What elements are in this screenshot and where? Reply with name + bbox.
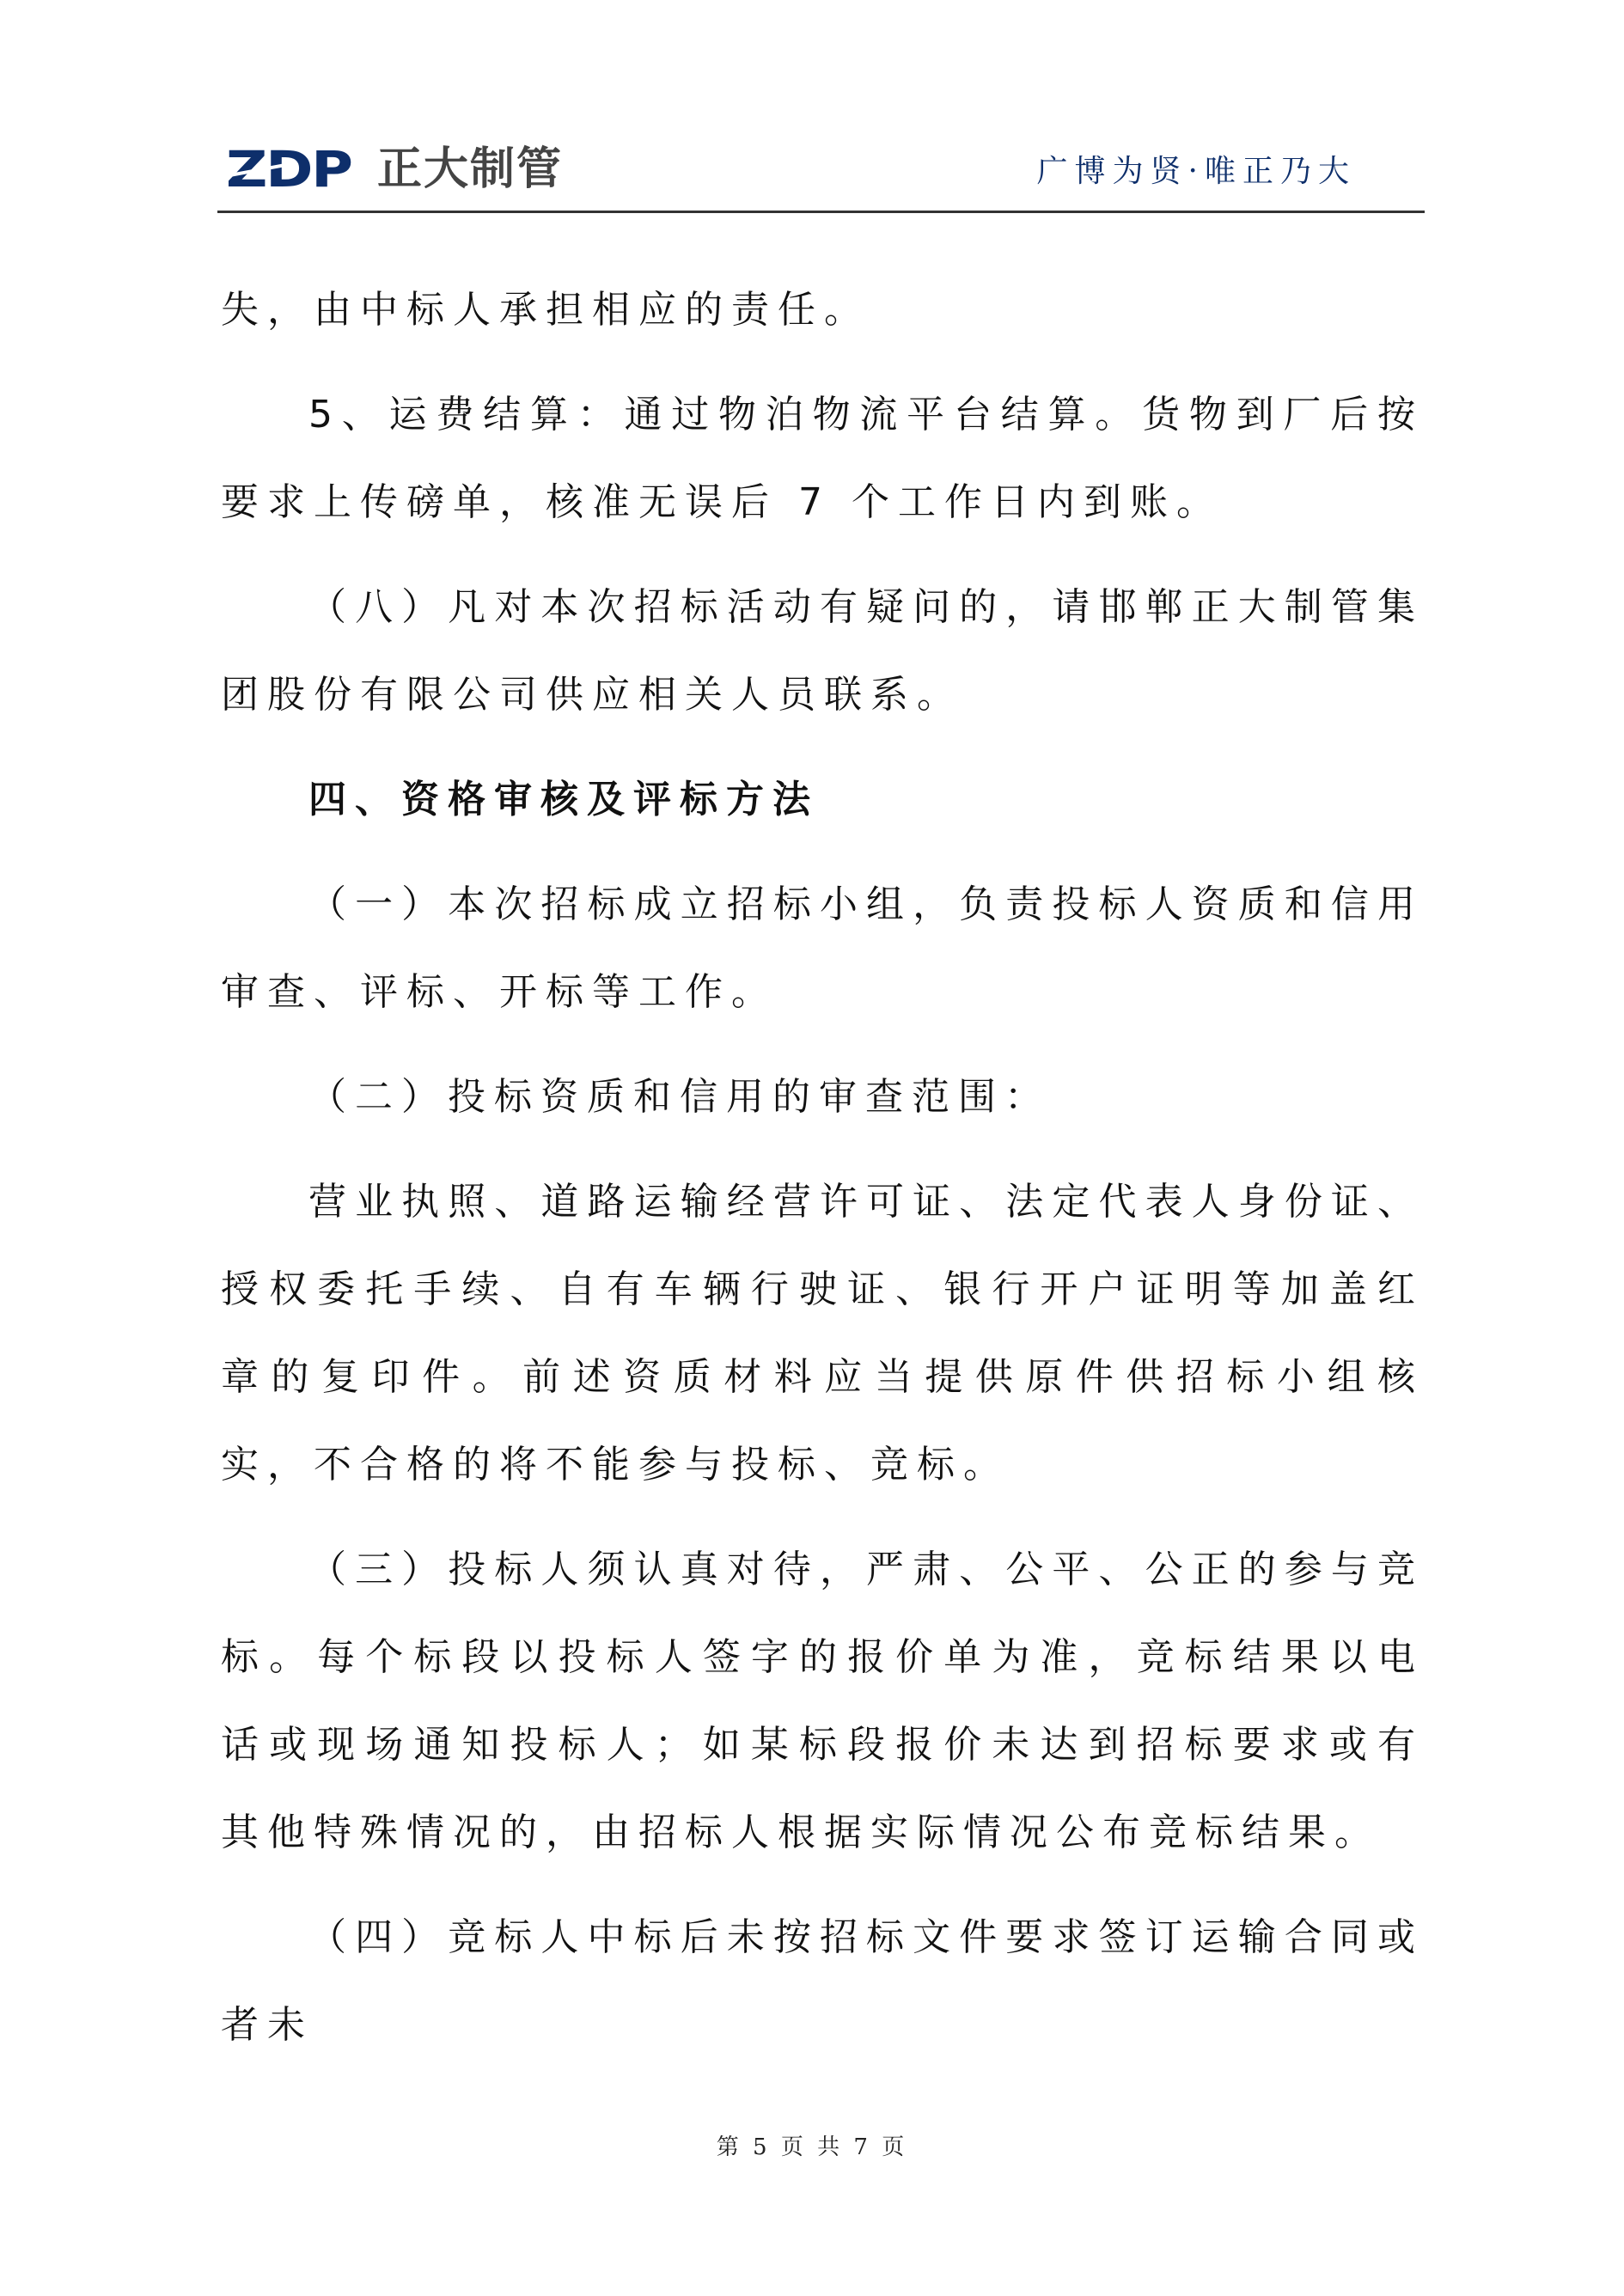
page-header: ZDP 正大制管 广博为贤·唯正乃大	[217, 137, 1425, 211]
page-footer: 第 5 页 共 7 页	[0, 2129, 1624, 2161]
paragraph-liability-end: 失，由中标人承担相应的责任。	[221, 266, 1424, 354]
document-page: ZDP 正大制管 广博为贤·唯正乃大 失，由中标人承担相应的责任。 5、运费结算…	[0, 0, 1624, 2296]
paragraph-inquiry-contact: （八）凡对本次招标活动有疑问的，请邯郸正大制管集团股份有限公司供应相关人员联系。	[221, 564, 1424, 739]
paragraph-bid-committee: （一）本次招标成立招标小组，负责投标人资质和信用审查、评标、开标等工作。	[221, 861, 1424, 1036]
logo-company-name: 正大制管	[377, 146, 563, 193]
paragraph-required-documents: 营业执照、道路运输经营许可证、法定代表人身份证、授权委托手续、自有车辆行驶证、银…	[221, 1158, 1424, 1509]
paragraph-review-scope: （二）投标资质和信用的审查范围：	[221, 1053, 1424, 1141]
paragraph-bidding-conduct: （三）投标人须认真对待，严肃、公平、公正的参与竞标。每个标段以投标人签字的报价单…	[221, 1526, 1424, 1877]
page-number-label: 第 5 页 共 7 页	[717, 2134, 907, 2160]
document-body: 失，由中标人承担相应的责任。 5、运费结算：通过物泊物流平台结算。货物到厂后按要…	[221, 266, 1424, 2086]
company-logo: ZDP 正大制管	[226, 146, 563, 193]
paragraph-contract-obligation: （四）竞标人中标后未按招标文件要求签订运输合同或者未	[221, 1894, 1424, 2069]
paragraph-freight-settlement: 5、运费结算：通过物泊物流平台结算。货物到厂后按要求上传磅单，核准无误后 7 个…	[221, 371, 1424, 547]
header-slogan: 广博为贤·唯正乃大	[1037, 153, 1356, 191]
header-divider	[217, 211, 1425, 213]
logo-mark-text: ZDP	[226, 140, 351, 198]
section-heading-qualification: 四、资格审核及评标方法	[221, 756, 1424, 844]
zdp-logo-mark: ZDP	[226, 146, 375, 193]
